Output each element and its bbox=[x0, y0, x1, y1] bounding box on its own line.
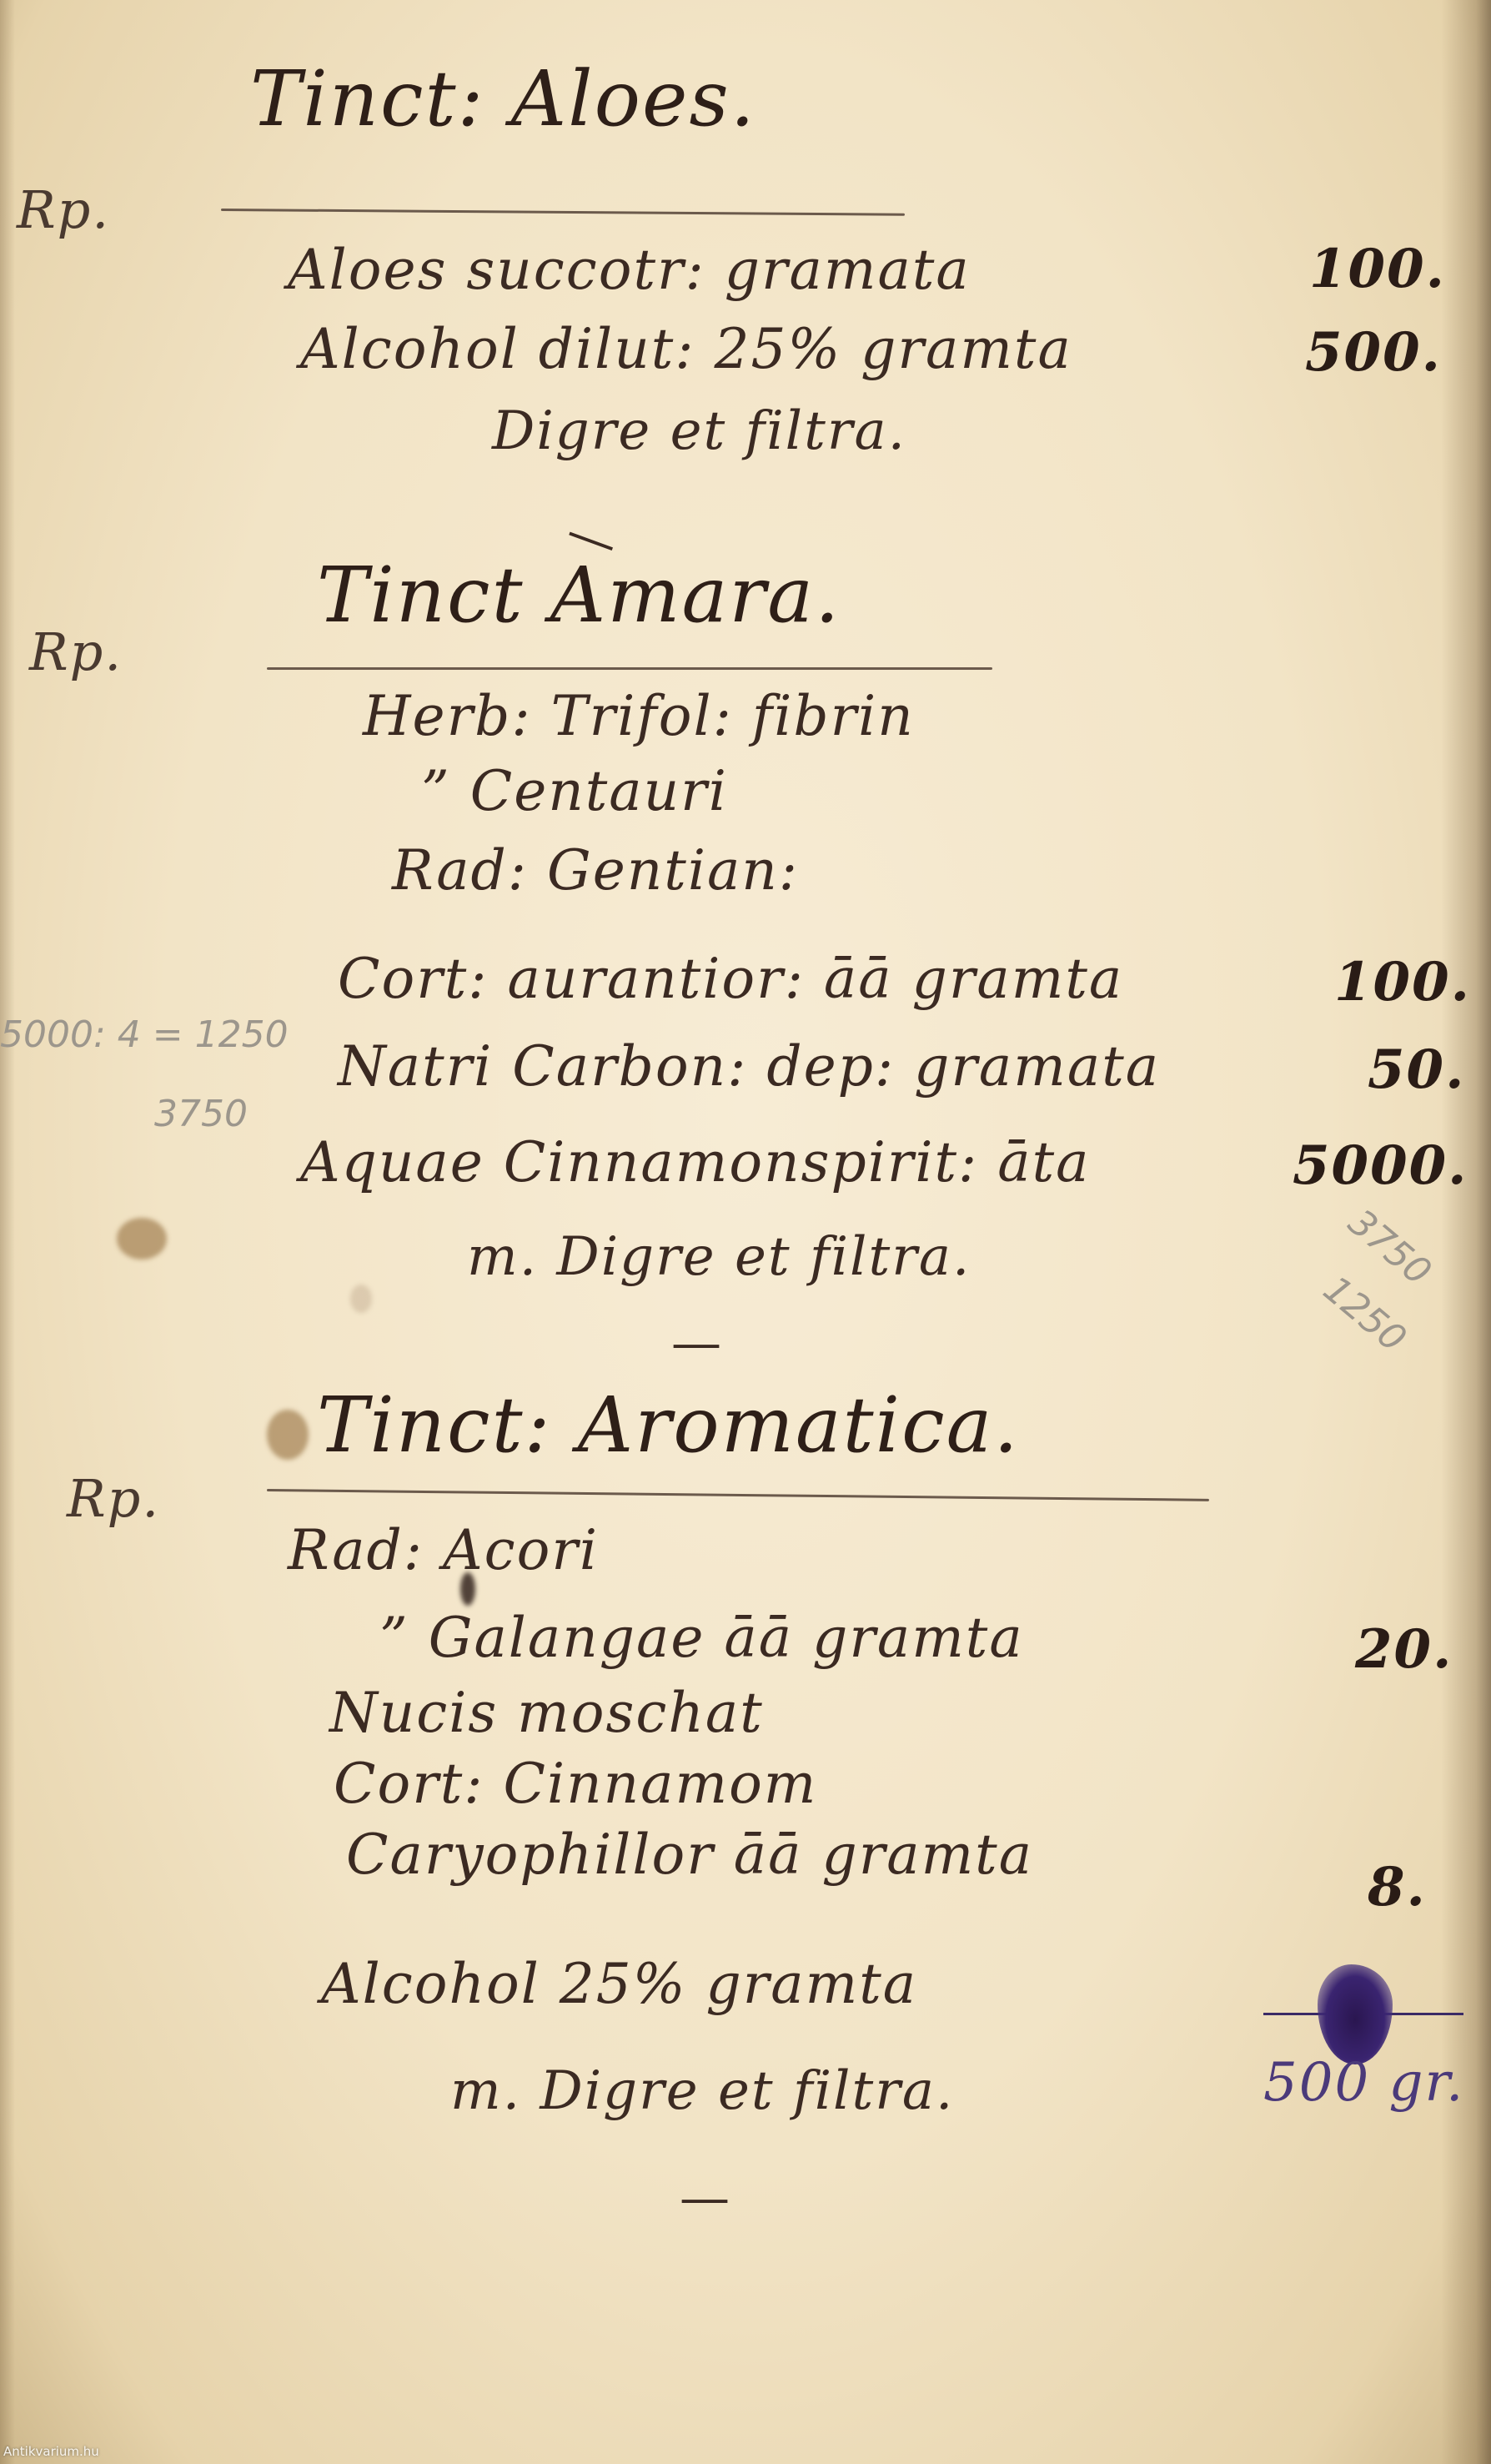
title-underline bbox=[267, 667, 992, 670]
ingredient-qty: 500. bbox=[1305, 321, 1442, 384]
pencil-note-left: 5000: 4 = 1250 bbox=[0, 1013, 289, 1056]
ingredient-line: Alcohol 25% gramta bbox=[321, 1952, 917, 2016]
instruction: m. Digre et filtra. bbox=[450, 2060, 954, 2122]
corrected-qty: 500 gr. bbox=[1263, 2052, 1464, 2114]
instruction: Digre et filtra. bbox=[492, 400, 906, 462]
pencil-note-left: 3750 bbox=[154, 1093, 248, 1135]
watermark: Antikvarium.hu bbox=[3, 2444, 99, 2459]
recipe-title: Tinct: Aromatica. bbox=[317, 1380, 1020, 1470]
ingredient-line: Cort: aurantior: āā gramta bbox=[338, 947, 1123, 1011]
ingredient-line: Nucis moschat bbox=[329, 1681, 764, 1745]
ingredient-line: Alcohol dilut: 25% gramta bbox=[300, 317, 1072, 381]
accent-mark: — bbox=[671, 1314, 721, 1372]
ingredient-line: ” Galangae āā gramta bbox=[379, 1606, 1024, 1670]
ingredient-line: Aquae Cinnamonspirit: āta bbox=[300, 1130, 1090, 1194]
page-edge-left bbox=[0, 0, 15, 2464]
stain bbox=[350, 1285, 372, 1313]
recipe-title: Tinct Amara. bbox=[317, 551, 841, 640]
ingredient-line: Rad: Acori bbox=[288, 1518, 599, 1582]
rp-mark: Rp. bbox=[17, 179, 110, 240]
ingredient-qty: 5000. bbox=[1293, 1134, 1468, 1197]
ingredient-qty: 50. bbox=[1368, 1038, 1465, 1101]
ingredient-qty: 100. bbox=[1334, 951, 1471, 1013]
ingredient-qty: 20. bbox=[1355, 1618, 1453, 1681]
stain bbox=[267, 1410, 309, 1460]
ingredient-line: Herb: Trifol: fibrin bbox=[363, 684, 915, 748]
instruction: m. Digre et filtra. bbox=[467, 1226, 971, 1288]
title-underline bbox=[267, 1489, 1209, 1501]
ingredient-line: Cort: Cinnamom bbox=[334, 1752, 817, 1816]
manuscript-page: Rp. Tinct: Aloes. Aloes succotr: gramata… bbox=[0, 0, 1491, 2464]
ingredient-line: Aloes succotr: gramata bbox=[288, 238, 971, 302]
stain bbox=[117, 1218, 167, 1260]
ingredient-line: Rad: Gentian: bbox=[392, 838, 799, 903]
rp-mark: Rp. bbox=[29, 621, 123, 682]
ingredient-qty: 8. bbox=[1368, 1856, 1427, 1918]
rp-mark: Rp. bbox=[67, 1468, 160, 1529]
ink-blot bbox=[1318, 1964, 1393, 2064]
ingredient-line: Caryophillor āā gramta bbox=[346, 1823, 1033, 1887]
title-underline bbox=[221, 209, 905, 216]
end-mark: — bbox=[680, 2169, 730, 2227]
ingredient-line: ” Centauri bbox=[421, 759, 728, 823]
recipe-title: Tinct: Aloes. bbox=[250, 54, 756, 143]
ingredient-qty: 100. bbox=[1309, 238, 1446, 300]
ingredient-line: Natri Carbon: dep: gramata bbox=[338, 1034, 1160, 1099]
